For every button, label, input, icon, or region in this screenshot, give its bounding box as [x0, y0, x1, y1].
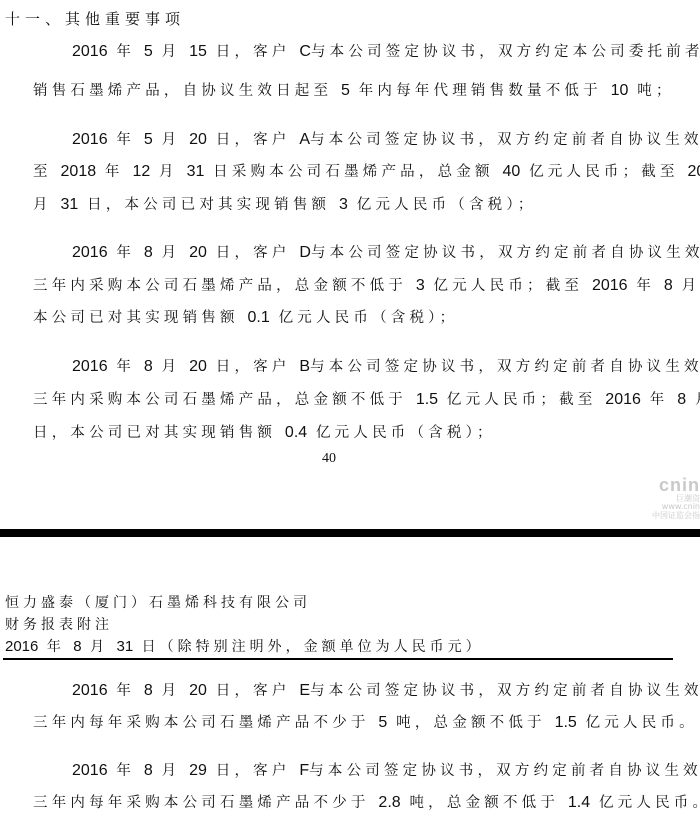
- paragraph-client-b-line-1: 2016 年 8 月 20 日，客户 B与本公司签定协议书，双方约定前者自协议生…: [72, 355, 700, 376]
- paragraph-client-d-line-1: 2016 年 8 月 20 日，客户 D与本公司签定协议书，双方约定前者自协议生…: [72, 241, 700, 262]
- paragraph-client-a-line-2: 至 2018 年 12 月 31 日采购本公司石墨烯产品，总金额 40 亿元人民…: [33, 160, 700, 181]
- header-company-name: 恒力盛泰（厦门）石墨烯科技有限公司: [5, 592, 311, 612]
- cninfo-watermark: cnin 巨潮资 www.cnin 中国证监会指: [620, 476, 700, 520]
- paragraph-client-a-line-1: 2016 年 5 月 20 日，客户 A与本公司签定协议书，双方约定前者自协议生…: [72, 128, 700, 149]
- header-rule: [3, 658, 673, 660]
- watermark-text-3: 中国证监会指: [620, 512, 700, 520]
- paragraph-client-d-line-2: 三年内采购本公司石墨烯产品，总金额不低于 3 亿元人民币；截至 2016 年 8…: [33, 274, 700, 295]
- paragraph-client-c-line-2: 销售石墨烯产品，自协议生效日起至 5 年内每年代理销售数量不低于 10 吨；: [33, 79, 675, 100]
- page-number: 40: [322, 451, 336, 467]
- paragraph-client-c-line-1: 2016 年 5 月 15 日，客户 C与本公司签定协议书，双方约定本公司委托前…: [72, 40, 700, 61]
- section-title: 十一、其他重要事项: [5, 8, 185, 29]
- header-date-line: 2016 年 8 月 31 日（除特别注明外，金额单位为人民币元）: [5, 636, 484, 656]
- paragraph-client-e-line-2: 三年内每年采购本公司石墨烯产品不少于 5 吨，总金额不低于 1.5 亿元人民币。: [33, 711, 698, 732]
- paragraph-client-f-line-1: 2016 年 8 月 29 日，客户 F与本公司签定协议书，双方约定前者自协议生…: [72, 759, 700, 780]
- watermark-logo: cnin: [620, 476, 700, 495]
- paragraph-client-b-line-3: 日，本公司已对其实现销售额 0.4 亿元人民币（含税）；: [33, 421, 496, 442]
- document-page-40: 十一、其他重要事项 2016 年 5 月 15 日，客户 C与本公司签定协议书，…: [0, 0, 700, 528]
- paragraph-client-f-line-2: 三年内每年采购本公司石墨烯产品不少于 2.8 吨，总金额不低于 1.4 亿元人民…: [33, 791, 700, 812]
- paragraph-client-e-line-1: 2016 年 8 月 20 日，客户 E与本公司签定协议书，双方约定前者自协议生…: [72, 679, 700, 700]
- paragraph-client-b-line-2: 三年内采购本公司石墨烯产品，总金额不低于 1.5 亿元人民币；截至 2016 年…: [33, 388, 700, 409]
- page-separator: [0, 529, 700, 537]
- header-doc-title: 财务报表附注: [5, 614, 113, 634]
- paragraph-client-a-line-3: 月 31 日，本公司已对其实现销售额 3 亿元人民币（含税）；: [33, 193, 537, 214]
- paragraph-client-d-line-3: 本公司已对其实现销售额 0.1 亿元人民币（含税）；: [33, 306, 458, 327]
